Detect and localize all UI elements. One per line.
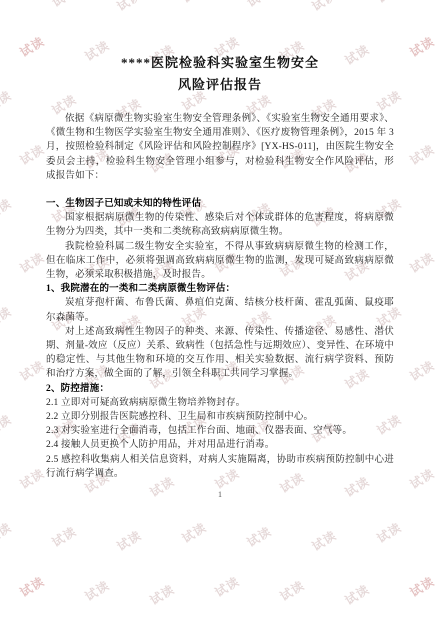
watermark-text: 试读 xyxy=(113,0,144,15)
watermark-text: 试读 xyxy=(16,32,47,60)
subsection1-paragraph-1: 炭疽芽孢杆菌、布鲁氏菌、鼻疽伯克菌、结核分枝杆菌、霍乱弧菌、鼠疫耶尔森菌等。 xyxy=(46,296,394,324)
watermark-text: 试读 xyxy=(373,0,404,7)
watermark-text: 试读 xyxy=(0,0,15,7)
section1-heading: 一、生物因子已知或未知的特性评估 xyxy=(46,197,394,211)
watermark-text: 试读 xyxy=(0,86,15,114)
subsection1-paragraph-2: 对上述高致病性生物因子的种类、来源、传染性、传播途径、易感性、潜伏期、剂量-效应… xyxy=(46,325,394,382)
measure-item-4: 2.4 接触人员更换个人防护用品，并对用品进行消毒。 xyxy=(46,438,394,452)
measure-item-3: 2.3 对实验室进行全面消毒，包括工作台面、地面、仪器表面、空气等。 xyxy=(46,424,394,438)
watermark-text: 试读 xyxy=(48,0,79,11)
watermark-text: 试读 xyxy=(406,248,437,276)
document-body: 依据《病原微生物实验室生物安全管理条例》、《实验室生物安全通用要求》、《微生物和… xyxy=(46,112,394,481)
watermark-text: 试读 xyxy=(406,32,437,60)
watermark-text: 试读 xyxy=(0,194,15,222)
watermark-text: 试读 xyxy=(243,522,274,550)
measure-item-1: 2.1 立即对可疑高致病病原微生物培养物封存。 xyxy=(46,396,394,410)
measure-item-2: 2.2 立即分别报告医院感控科、卫生局和市疾病预防控制中心。 xyxy=(46,410,394,424)
watermark-text: 试读 xyxy=(308,526,339,554)
watermark-text: 试读 xyxy=(308,0,339,15)
watermark-text: 试读 xyxy=(406,140,437,168)
watermark-text: 试读 xyxy=(406,572,437,600)
watermark-text: 试读 xyxy=(0,410,15,438)
watermark-text: 试读 xyxy=(178,0,209,7)
section1-paragraph-2: 我院检验科属二级生物安全实验室，不得从事致病病原微生物的检测工作，但在临床工作中… xyxy=(46,240,394,283)
watermark-text: 试读 xyxy=(81,576,112,604)
measure-item-5: 2.5 感控科收集病人相关信息资料，对病人实施隔离，协助市疾病预防控制中心进行流… xyxy=(46,453,394,481)
watermark-text: 试读 xyxy=(16,140,47,168)
document-title-line2: 风险评估报告 xyxy=(46,74,394,96)
watermark-text: 试读 xyxy=(16,356,47,384)
watermark-text: 试读 xyxy=(113,526,144,554)
watermark-text: 试读 xyxy=(276,576,307,604)
watermark-text: 试读 xyxy=(178,518,209,546)
watermark-text: 试读 xyxy=(341,580,372,608)
watermark-text: 试读 xyxy=(211,572,242,600)
watermark-text: 试读 xyxy=(16,572,47,600)
section1-paragraph-1: 国家根据病原微生物的传染性、感染后对个体或群体的危害程度，将病原微生物分为四类，… xyxy=(46,211,394,239)
watermark-text: 试读 xyxy=(16,464,47,492)
document-title-line1: ****医院检验科实验室生物安全 xyxy=(46,52,394,74)
watermark-text: 试读 xyxy=(0,518,15,546)
watermark-text: 试读 xyxy=(0,302,15,330)
watermark-text: 试读 xyxy=(48,522,79,550)
watermark-text: 试读 xyxy=(373,518,404,546)
watermark-text: 试读 xyxy=(406,356,437,384)
document-page: 试读试读试读试读试读试读试读试读试读试读试读试读试读试读试读试读试读试读试读试读… xyxy=(0,0,440,620)
page-number: 1 xyxy=(46,490,394,499)
watermark-text: 试读 xyxy=(16,248,47,276)
document-content: ****医院检验科实验室生物安全 风险评估报告 依据《病原微生物实验室生物安全管… xyxy=(46,52,394,499)
watermark-text: 试读 xyxy=(243,0,274,11)
watermark-text: 试读 xyxy=(146,580,177,608)
intro-paragraph: 依据《病原微生物实验室生物安全管理条例》、《实验室生物安全通用要求》、《微生物和… xyxy=(46,112,394,183)
watermark-text: 试读 xyxy=(406,464,437,492)
subsection1-heading: 1、我院潜在的一类和二类病原微生物评估： xyxy=(46,282,394,296)
subsection2-heading: 2、防控措施： xyxy=(46,382,394,396)
